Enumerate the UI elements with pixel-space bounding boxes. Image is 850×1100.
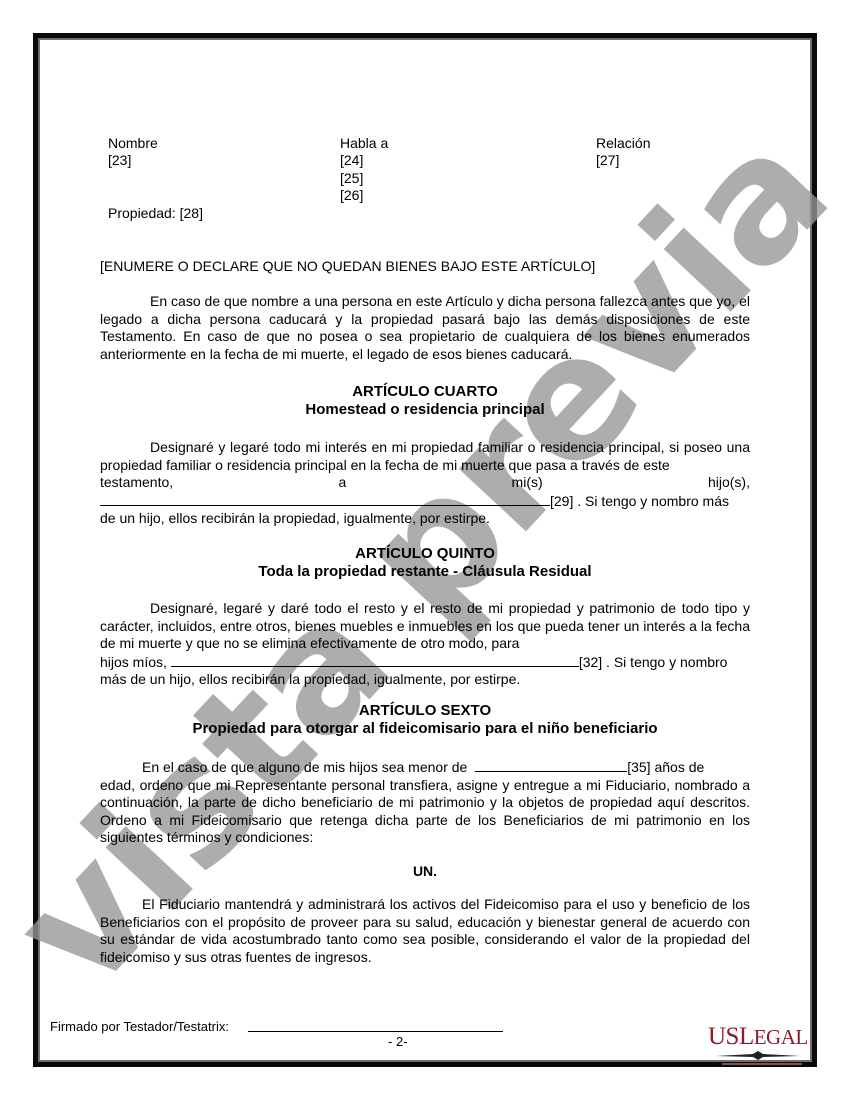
habla-a-field-3: [26] [340, 187, 363, 205]
article-4-subtitle: Homestead o residencia principal [100, 401, 750, 419]
article-5-intro: Designaré, legaré y daré todo el resto y… [100, 600, 750, 653]
eagle-icon [708, 1051, 808, 1061]
page-number: - 2- [388, 1033, 408, 1051]
article-4-spread-line: testamento, a mi(s) hijo(s), [100, 474, 750, 492]
habla-a-field-2: [25] [340, 170, 363, 188]
article-5-before-field: hijos míos, [100, 654, 167, 670]
habla-a-field-1: [24] [340, 152, 363, 170]
lapse-paragraph: En caso de que nombre a una persona en e… [100, 293, 750, 363]
article-4-title: ARTÍCULO CUARTO [100, 383, 750, 401]
article-6-paragraph: En el caso de que alguno de mis hijos se… [100, 758, 750, 847]
word-testamento: testamento, [100, 474, 173, 492]
article-5-paragraph: Designaré, legaré y daré todo el resto y… [100, 600, 750, 689]
propiedad-field: Propiedad: [28] [108, 205, 203, 223]
article-6-heading: ARTÍCULO SEXTO Propiedad para otorgar al… [100, 702, 750, 738]
signature-label: Firmado por Testador/Testatrix: [50, 1018, 229, 1036]
article-6-start: En el caso de que alguno de mis hijos se… [142, 759, 467, 775]
article-5-title: ARTÍCULO QUINTO [100, 545, 750, 563]
article-5-after-field: . Si tengo y nombro [602, 654, 727, 670]
relacion-field: [27] [596, 152, 619, 170]
word-hijos: hijo(s), [708, 474, 750, 492]
column-header-habla-a: Habla a [340, 135, 388, 153]
lapse-paragraph-text: En caso de que nombre a una persona en e… [100, 293, 750, 363]
article-4-intro: Designaré y legaré todo mi interés en mi… [100, 439, 750, 474]
article-5-field-label: [32] [579, 654, 602, 670]
article-4-field-line: [29] . Si tengo y nombro más [100, 492, 750, 511]
article-6-after-field: años de [651, 759, 705, 775]
article-4-heading: ARTÍCULO CUARTO Homestead o residencia p… [100, 383, 750, 419]
section-un-title: UN. [100, 862, 750, 880]
column-header-relacion: Relación [596, 135, 650, 153]
article-4-paragraph: Designaré y legaré todo mi interés en mi… [100, 439, 750, 528]
enumerate-note: [ENUMERE O DECLARE QUE NO QUEDAN BIENES … [100, 258, 595, 276]
article-6-subtitle: Propiedad para otorgar al fideicomisario… [100, 720, 750, 738]
article-6-blank-field[interactable] [475, 758, 627, 772]
article-4-field-label: [29] [550, 493, 573, 509]
article-6-title: ARTÍCULO SEXTO [100, 702, 750, 720]
logo-subtext-line [722, 1063, 802, 1065]
article-4-blank-field[interactable] [100, 492, 550, 506]
word-mis: mi(s) [512, 474, 543, 492]
document-page: Nombre Habla a Relación [23] [24] [25] [… [0, 0, 850, 1100]
logo-text: USLEGAL [708, 1024, 823, 1050]
section-un-text: El Fiduciario mantendrá y administrará l… [100, 896, 750, 966]
article-5-subtitle: Toda la propiedad restante - Cláusula Re… [100, 563, 750, 581]
nombre-field: [23] [108, 152, 131, 170]
article-5-heading: ARTÍCULO QUINTO Toda la propiedad restan… [100, 545, 750, 581]
section-un-paragraph: El Fiduciario mantendrá y administrará l… [100, 896, 750, 966]
article-6-rest: edad, ordeno que mi Representante person… [100, 777, 750, 847]
signature-line[interactable] [248, 1031, 503, 1032]
uslegal-logo: USLEGAL [708, 1024, 823, 1066]
article-4-end: de un hijo, ellos recibirán la propiedad… [100, 510, 750, 528]
article-5-field-line: hijos míos, [32] . Si tengo y nombro [100, 653, 750, 672]
word-a: a [338, 474, 346, 492]
article-4-after-field: . Si tengo y nombro más [573, 493, 729, 509]
article-6-field-label: [35] [627, 759, 650, 775]
article-5-end: más de un hijo, ellos recibirán la propi… [100, 671, 750, 689]
article-5-blank-field[interactable] [171, 653, 579, 667]
column-header-nombre: Nombre [108, 135, 158, 153]
article-6-field-line: En el caso de que alguno de mis hijos se… [100, 758, 750, 777]
